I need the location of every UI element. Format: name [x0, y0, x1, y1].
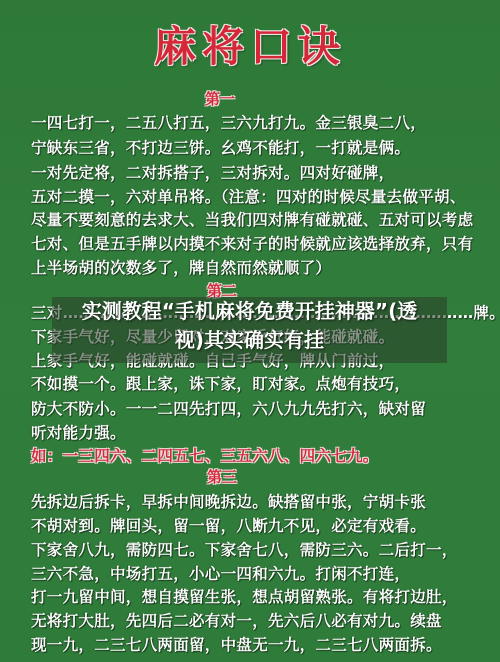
text-line: 不如摸一个。跟上家，诛下家，盯对家。点炮有技巧， [31, 372, 410, 394]
caption-overlay: 实测教程“手机麻将免费开挂神器”(透 视)其实确实有挂 [52, 297, 447, 355]
text-line: 七对、但是五手牌以内摸不来对子的时候就应该选择放弃，只有 [31, 232, 473, 254]
text-line: 上半场胡的次数多了，牌自然而然就顺了） [31, 256, 331, 278]
example-line: 如：一三四六、二四五七、三五六八、四六七九。 [31, 444, 379, 466]
text-line: 听对能力强。 [31, 421, 126, 443]
text-line: 一四七打一，二五八打五，三六九打九。金三银臭二八， [31, 111, 426, 133]
text-line: 防大不防小。一一二四先打四，六八九九先打六，缺对留 [31, 397, 426, 419]
text-line: 无将打大肚，先四后二必有对一，先六后八必有对九。续盘 [31, 609, 442, 631]
section-heading-3: 第三 [207, 466, 307, 487]
text-line: 尽量不要刻意的去求大、当我们四对牌有碰就碰、五对可以考虑 [31, 208, 473, 230]
caption-line-1: 实测教程“手机麻将免费开挂神器”(透 [52, 297, 447, 326]
text-line: 宁缺东三省，不打边三饼。幺鸡不能打，一打就是俩。 [31, 136, 410, 158]
text-line: 一对先定将，二对拆搭子，三对拆对。四对好碰牌， [31, 161, 394, 183]
text-line: 三六不急，中场打五，小心一四和六九。打闲不打连， [31, 562, 410, 584]
text-line: 下家舍八九，需防四七。下家舍七八，需防三六。二后打一， [31, 538, 458, 560]
text-line: 打一九留中间，想自摸留生张，想点胡留熟张。有将打边肚， [31, 585, 458, 607]
section-heading-1: 第一 [205, 88, 305, 109]
text-line: 先拆边后拆卡，早拆中间晚拆边。缺搭留中张，宁胡卡张 [31, 490, 426, 512]
text-line: 五对二摸一，六对单吊将。（注意：四对的时候尽量去做平胡、 [31, 185, 466, 207]
caption-line-2: 视)其实确实有挂 [52, 326, 447, 355]
mahjong-tips-poster: 麻将口诀 第一 一四七打一，二五八打五，三六九打九。金三银臭二八， 宁缺东三省，… [0, 0, 500, 662]
text-line: 现一九，二三七八两面留，中盘无一九，二三七八两面拆。 [31, 633, 442, 655]
page-title: 麻将口诀 [0, 14, 500, 74]
text-line: 不胡对到。牌回头，留一留，八断九不见，必定有戏看。 [31, 514, 426, 536]
